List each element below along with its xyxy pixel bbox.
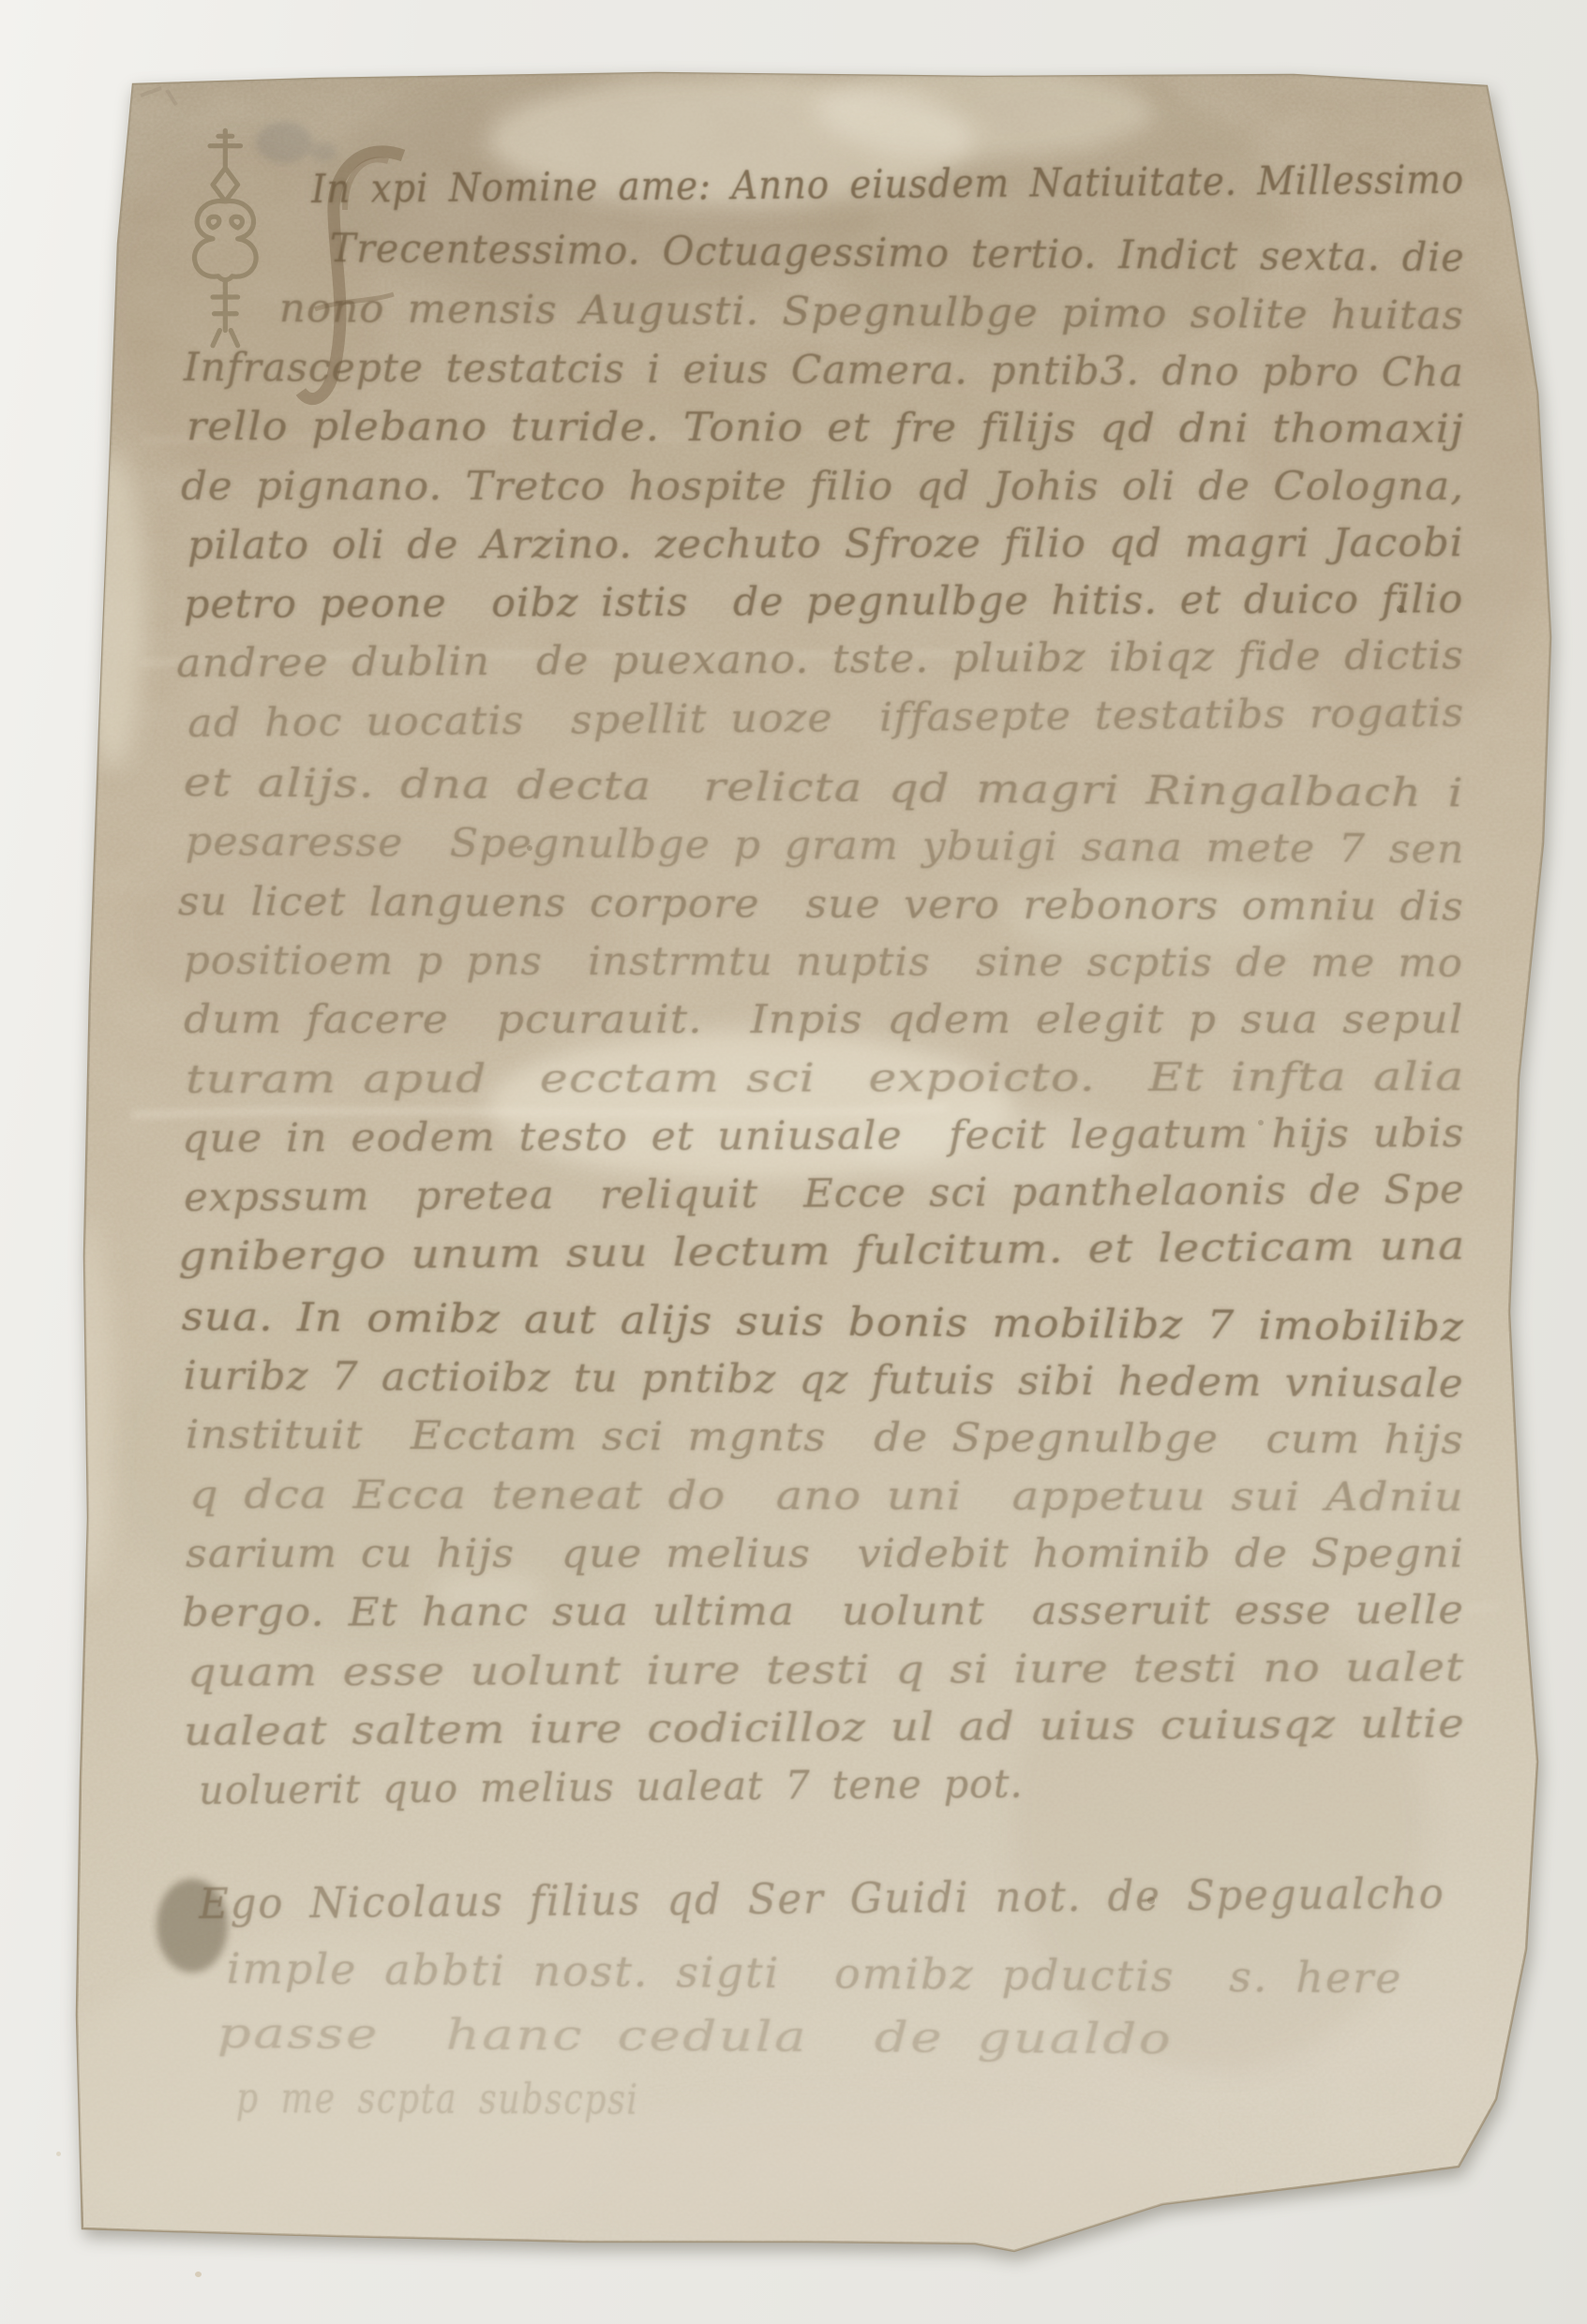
photo-backdrop: In xpi Nomine ame: Anno eiusdem Natiuita… [0, 0, 1587, 2324]
ink-blot [157, 1879, 228, 1973]
parchment-sheet [0, 0, 1587, 2324]
parchment-texture [47, 47, 1575, 2277]
backdrop-speck [56, 2152, 61, 2156]
backdrop-speck [195, 2272, 202, 2277]
